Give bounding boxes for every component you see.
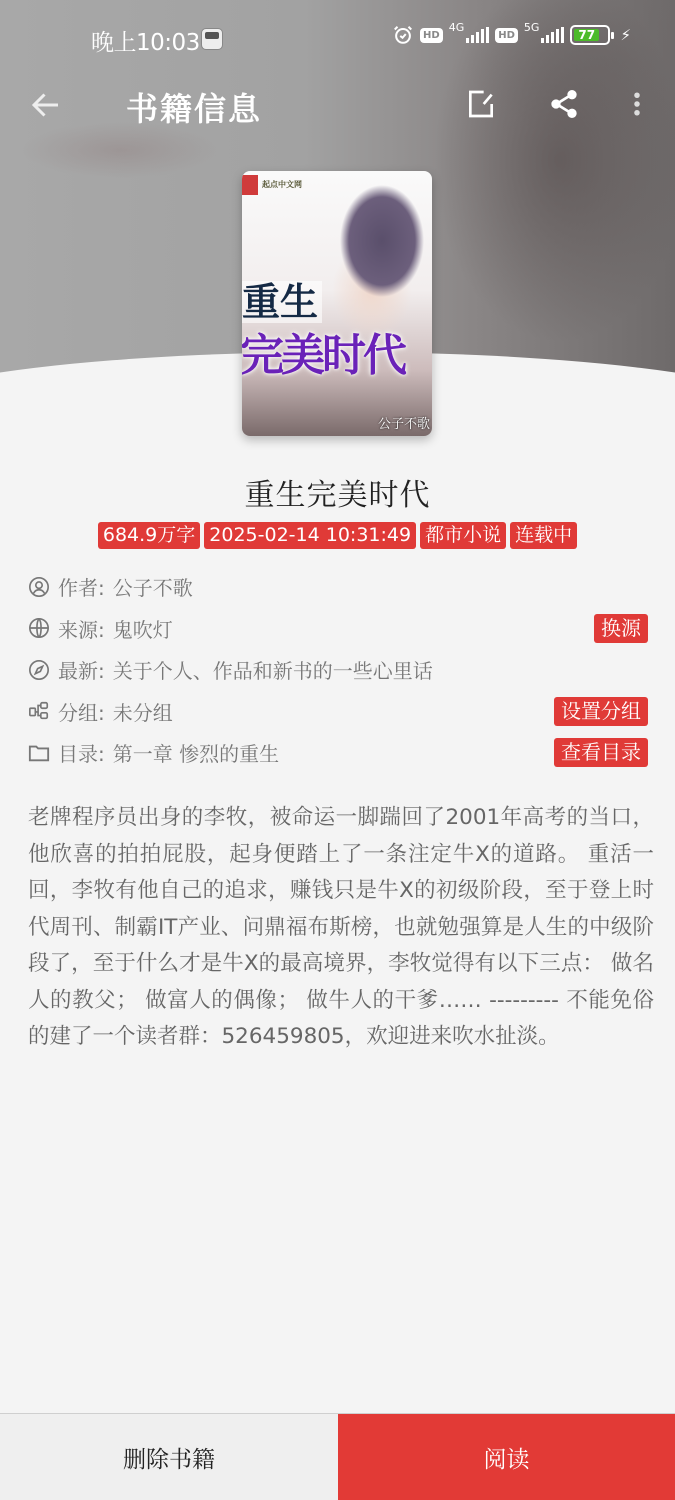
app-notification-icon — [201, 28, 223, 50]
group-value: 未分组 — [113, 697, 173, 726]
author-label: 作者: — [58, 572, 105, 601]
battery-icon: 77 — [570, 25, 610, 45]
info-row-latest: 最新: 关于个人、作品和新书的一些心里话 — [28, 649, 648, 691]
delete-book-button[interactable]: 删除书籍 — [0, 1414, 338, 1500]
set-group-button[interactable]: 设置分组 — [554, 697, 648, 726]
book-description: 老牌程序员出身的李牧，被命运一脚踹回了2001年高考的当口，他欣喜的拍拍屁股，起… — [28, 800, 654, 1056]
cover-title-line2: 完美时代 — [242, 331, 404, 381]
change-source-button[interactable]: 换源 — [594, 614, 648, 643]
folder-icon — [28, 742, 50, 764]
cover-publisher-logo — [242, 175, 258, 195]
charging-icon: ⚡ — [620, 26, 631, 44]
signal-icon-1 — [466, 27, 489, 43]
status-time: 晚上10:03 — [91, 24, 200, 57]
cover-title-line1: 重生 — [242, 281, 322, 323]
back-button[interactable] — [28, 87, 68, 123]
info-row-author: 作者: 公子不歌 — [28, 566, 648, 608]
hd-badge-2: HD — [495, 28, 518, 43]
edit-button[interactable] — [465, 88, 499, 122]
user-icon — [28, 576, 50, 598]
group-icon — [28, 700, 50, 722]
toc-value: 第一章 惨烈的重生 — [113, 738, 279, 767]
cover-author: 公子不歌 — [378, 413, 430, 432]
book-title: 重生完美时代 — [0, 470, 675, 514]
author-value: 公子不歌 — [113, 572, 193, 601]
signal-icon-2 — [541, 27, 564, 43]
edit-icon — [465, 88, 497, 120]
source-label: 来源: — [58, 614, 105, 643]
battery-level: 77 — [574, 29, 599, 41]
cover-site-name: 起点中文网 — [262, 179, 302, 190]
share-icon — [548, 88, 580, 120]
word-count-tag: 684.9万字 — [98, 522, 200, 549]
book-tags: 684.9万字 2025-02-14 10:31:49 都市小说 连载中 — [0, 522, 675, 549]
bottom-action-bar: 删除书籍 阅读 — [0, 1413, 675, 1500]
globe-icon — [28, 617, 50, 639]
toolbar: 书籍信息 — [0, 70, 675, 140]
status-icons: HD 4G HD 5G 77 ⚡ — [392, 24, 631, 46]
network-4g: 4G — [449, 21, 465, 34]
toc-label: 目录: — [58, 738, 105, 767]
share-button[interactable] — [548, 88, 582, 122]
more-button[interactable] — [622, 88, 652, 122]
info-row-group: 分组: 未分组 设置分组 — [28, 691, 648, 733]
page-title: 书籍信息 — [126, 84, 262, 130]
more-vertical-icon — [622, 88, 652, 120]
latest-chapter-value: 关于个人、作品和新书的一些心里话 — [113, 655, 433, 684]
read-button[interactable]: 阅读 — [338, 1414, 675, 1500]
view-toc-button[interactable]: 查看目录 — [554, 738, 648, 767]
info-row-toc: 目录: 第一章 惨烈的重生 查看目录 — [28, 732, 648, 774]
alarm-icon — [392, 24, 414, 46]
status-bar: 晚上10:03 HD 4G HD 5G 77 ⚡ — [0, 18, 675, 58]
category-tag: 都市小说 — [420, 522, 506, 549]
hd-badge-1: HD — [420, 28, 443, 43]
info-row-source: 来源: 鬼吹灯 换源 — [28, 608, 648, 650]
arrow-left-icon — [28, 87, 64, 123]
network-5g: 5G — [524, 21, 540, 34]
group-label: 分组: — [58, 697, 105, 726]
status-tag: 连载中 — [510, 522, 577, 549]
source-value: 鬼吹灯 — [113, 614, 173, 643]
book-cover[interactable]: 起点中文网 重生 完美时代 公子不歌 — [242, 171, 432, 436]
latest-label: 最新: — [58, 655, 105, 684]
compass-icon — [28, 659, 50, 681]
update-time-tag: 2025-02-14 10:31:49 — [204, 522, 416, 549]
info-list: 作者: 公子不歌 来源: 鬼吹灯 换源 最新: 关于个人、作品和新书的一些心里话… — [28, 566, 648, 774]
